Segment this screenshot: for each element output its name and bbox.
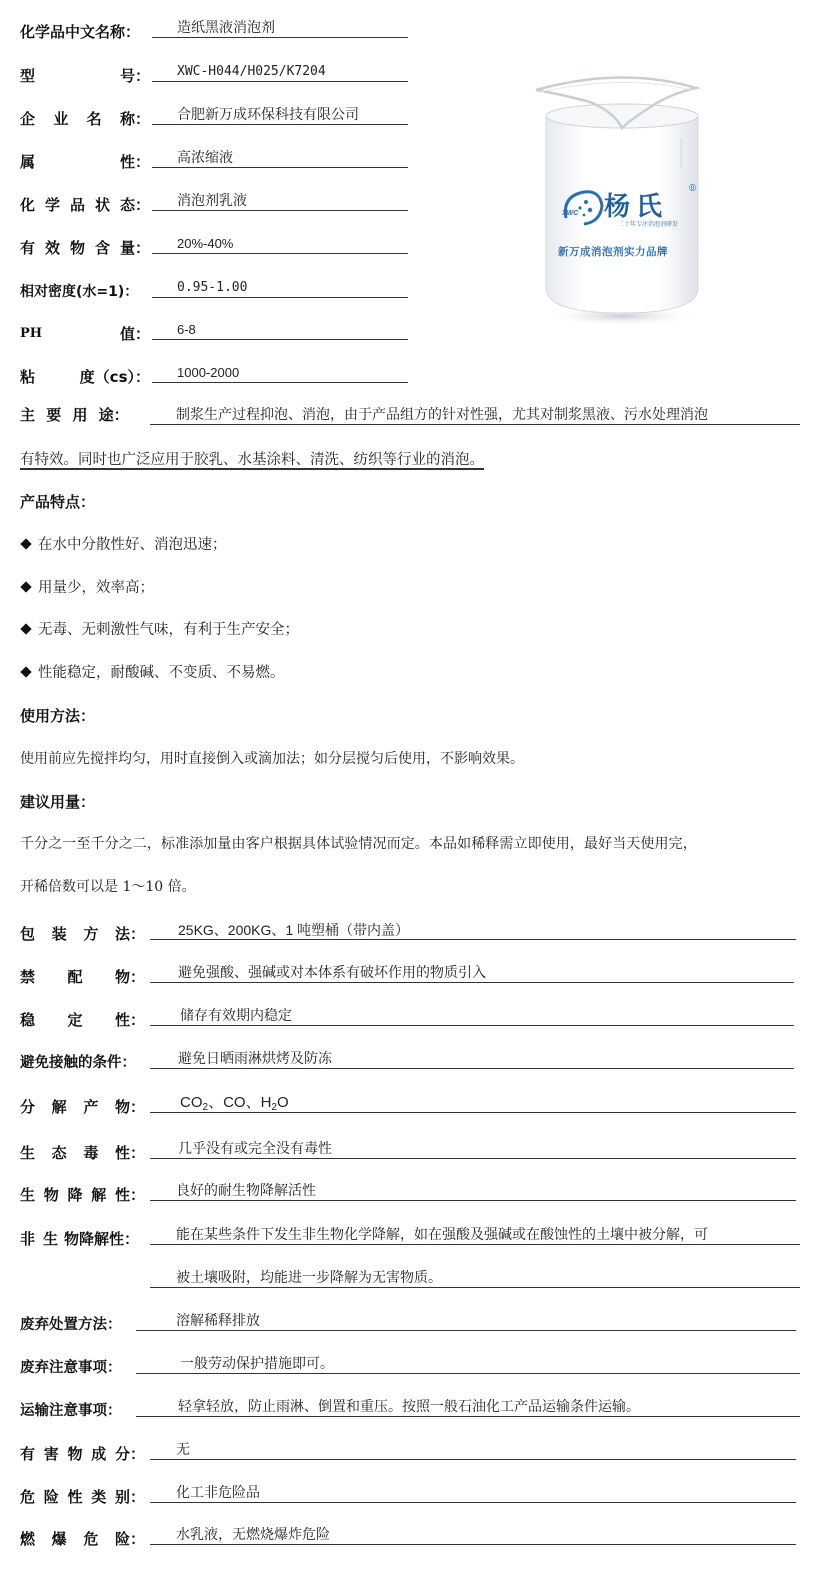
feature-item: 在水中分散性好、消泡迅速； xyxy=(20,535,227,555)
label-disposal-notes: 废弃注意事项： xyxy=(20,1358,145,1378)
label-part: 稳 xyxy=(20,1010,35,1030)
usage-text: 使用前应先搅拌均匀，用时直接倒入或滴加法；如分层搅匀后使用，不影响效果。 xyxy=(20,749,524,769)
value-company: 合肥新万成环保科技有限公司 xyxy=(152,105,408,125)
safety-row-transport-notes: 运输注意事项： xyxy=(20,1397,145,1421)
label-transport-notes: 运输注意事项： xyxy=(20,1401,145,1421)
value-main-use-line2: 有特效。同时也广泛应用于胶乳、水基涂料、清洗、纺织等行业的消泡。 xyxy=(20,450,484,470)
label-part: 型 xyxy=(20,66,35,86)
safety-row-disposal-method: 废弃处置方法： xyxy=(20,1311,145,1335)
label-part: 企 xyxy=(20,109,35,129)
value-active-content: 20%-40% xyxy=(152,234,408,254)
label-explosion-hazard: 燃爆危险： xyxy=(20,1529,145,1549)
label-part: 配 xyxy=(67,967,82,987)
usage-heading: 使用方法： xyxy=(20,706,95,726)
label-part: 性： xyxy=(115,1185,145,1205)
label-part: 态 xyxy=(52,1143,67,1163)
label-part: PH xyxy=(20,324,42,344)
label-part: 险 xyxy=(44,1487,59,1507)
label-part: 爆 xyxy=(52,1529,67,1549)
brand-tagline: 二十年专注消泡剂研发 xyxy=(618,219,678,228)
label-part: 非 xyxy=(20,1229,35,1249)
safety-row-disposal-notes: 废弃注意事项： xyxy=(20,1354,145,1378)
value-decomposition: CO2、CO、H2O xyxy=(150,1093,796,1113)
value-ecotoxicity: 几乎没有或完全没有毒性 xyxy=(150,1139,796,1159)
safety-row-ecotoxicity: 生态毒性： xyxy=(20,1139,145,1163)
label-part: 生 xyxy=(20,1143,35,1163)
formula-part: O xyxy=(277,1094,289,1111)
label-part: 物： xyxy=(115,1097,145,1117)
label-part: 物： xyxy=(115,967,145,987)
label-packaging: 包装方法： xyxy=(20,924,145,944)
label-part: 物 xyxy=(44,1185,59,1205)
safety-row-stability: 稳定性： xyxy=(20,1006,145,1030)
label-part: 性： xyxy=(115,1143,145,1163)
label-part: 包 xyxy=(20,924,35,944)
label-property: 属性： xyxy=(20,152,150,172)
value-incompatible: 避免强酸、强碱或对本体系有破坏作用的物质引入 xyxy=(150,963,794,983)
safety-row-biodegradability: 生物降解性： xyxy=(20,1181,145,1205)
label-hazardous-components: 有害物成分： xyxy=(20,1444,145,1464)
formula-part: 、CO、H xyxy=(208,1094,271,1111)
label-chinese-name: 化学品中文名称： xyxy=(20,22,150,42)
value-hazard-class: 化工非危险品 xyxy=(150,1483,796,1503)
label-part: 化 xyxy=(20,195,35,215)
label-part: 性： xyxy=(115,1010,145,1030)
diamond-bullet-icon xyxy=(20,581,31,592)
brand-arc-icon xyxy=(560,188,604,228)
label-part: 性 xyxy=(67,1487,82,1507)
value-disposal-notes: 一般劳动保护措施即可。 xyxy=(136,1354,800,1374)
label-part: 定 xyxy=(67,1010,82,1030)
label-part: 学 xyxy=(45,195,60,215)
brand-name: 杨氏 xyxy=(604,186,668,223)
safety-row-explosion-hazard: 燃爆危险： xyxy=(20,1525,145,1549)
label-part: 危 xyxy=(83,1529,98,1549)
registered-mark: ® xyxy=(688,184,697,194)
label-part: 含 xyxy=(95,238,110,258)
label-company: 企业名称： xyxy=(20,109,150,129)
label-avoid-conditions: 避免接触的条件： xyxy=(20,1053,145,1073)
label-part: 属 xyxy=(20,152,35,172)
info-row-property: 属性： xyxy=(20,148,150,172)
value-abiotic-degradation-line1: 能在某些条件下发生非生物化学降解，如在强酸及强碱或在酸蚀性的土壤中被分解，可 xyxy=(150,1225,800,1245)
label-part: 生 xyxy=(43,1229,58,1249)
label-part: 效 xyxy=(45,238,60,258)
feature-text: 在水中分散性好、消泡迅速； xyxy=(38,537,227,553)
label-density: 相对密度(水=1)： xyxy=(20,282,150,302)
value-density: 0.95-1.00 xyxy=(152,278,408,298)
label-part: 业 xyxy=(53,109,68,129)
label-part: 毒 xyxy=(83,1143,98,1163)
label-disposal-method: 废弃处置方法： xyxy=(20,1315,145,1335)
label-part: 物 xyxy=(67,1444,82,1464)
feature-item: 性能稳定，耐酸碱、不变质、不易燃。 xyxy=(20,663,285,683)
label-part: 分 xyxy=(20,1097,35,1117)
label-part: 解 xyxy=(52,1097,67,1117)
label-part: 有 xyxy=(20,238,35,258)
value-explosion-hazard: 水乳液，无燃烧爆炸危险 xyxy=(150,1525,796,1545)
value-packaging: 25KG、200KG、1 吨塑桶（带内盖） xyxy=(150,920,796,940)
safety-row-hazardous-components: 有害物成分： xyxy=(20,1440,145,1464)
label-incompatible: 禁配物： xyxy=(20,967,145,987)
label-part: 物 xyxy=(70,238,85,258)
value-ph: 6-8 xyxy=(152,320,408,340)
label-part: 性： xyxy=(120,152,150,172)
label-part: 降 xyxy=(67,1185,82,1205)
label-abiotic-degradation: 非生物降解性： xyxy=(20,1229,145,1249)
value-avoid-conditions: 避免日晒雨淋烘烤及防冻 xyxy=(150,1049,794,1069)
label-ecotoxicity: 生态毒性： xyxy=(20,1143,145,1163)
brand-logo: XWC 杨氏 ® 二十年专注消泡剂研发 xyxy=(560,186,700,246)
safety-row-decomposition: 分解产物： xyxy=(20,1093,145,1117)
label-part: 值： xyxy=(120,324,150,344)
label-part: 解 xyxy=(91,1185,106,1205)
label-part: 状 xyxy=(95,195,110,215)
value-chinese-name: 造纸黑液消泡剂 xyxy=(152,18,408,38)
product-beaker-image: XWC 杨氏 ® 二十年专注消泡剂研发 新万成消泡剂实力品牌 xyxy=(530,68,710,328)
brand-slogan: 新万成消泡剂实力品牌 xyxy=(558,244,668,259)
value-abiotic-degradation-line2: 被土壤吸附，均能进一步降解为无害物质。 xyxy=(150,1268,800,1288)
label-part: 燃 xyxy=(20,1529,35,1549)
value-model: XWC-H044/H025/K7204 xyxy=(152,62,408,82)
feature-text: 用量少，效率高； xyxy=(38,580,154,596)
label-part: 装 xyxy=(52,924,67,944)
value-disposal-method: 溶解稀释排放 xyxy=(136,1311,796,1331)
label-ph: PH值： xyxy=(20,324,150,344)
info-row-ph: PH值： xyxy=(20,320,150,344)
label-part: 名 xyxy=(87,109,102,129)
formula-part: CO xyxy=(180,1094,203,1111)
value-state: 消泡剂乳液 xyxy=(152,191,408,211)
diamond-bullet-icon xyxy=(20,623,31,634)
diamond-bullet-icon xyxy=(20,538,31,549)
label-part: 别： xyxy=(115,1487,145,1507)
feature-text: 无毒、无刺激性气味，有利于生产安全； xyxy=(38,622,299,638)
label-part: 害 xyxy=(44,1444,59,1464)
label-part: 量： xyxy=(120,238,150,258)
label-state: 化学品状态： xyxy=(20,195,150,215)
dosage-text-line2: 开稀倍数可以是 1～10 倍。 xyxy=(20,877,196,897)
feature-text: 性能稳定，耐酸碱、不变质、不易燃。 xyxy=(38,665,285,681)
label-part: 态： xyxy=(120,195,150,215)
feature-item: 无毒、无刺激性气味，有利于生产安全； xyxy=(20,620,299,640)
label-part: 号： xyxy=(120,66,150,86)
dosage-text-line1: 千分之一至千分之二，标准添加量由客户根据具体试验情况而定。本品如稀释需立即使用，… xyxy=(20,834,697,854)
label-stability: 稳定性： xyxy=(20,1010,145,1030)
brand-logo-text: XWC xyxy=(562,210,578,217)
info-row-chinese-name: 化学品中文名称： xyxy=(20,18,150,42)
label-model: 型号： xyxy=(20,66,150,86)
value-main-use-line1: 制浆生产过程抑泡、消泡，由于产品组方的针对性强，尤其对制浆黑液、污水处理消泡 xyxy=(150,405,800,425)
label-part: 粘 xyxy=(20,367,35,387)
label-part: 法： xyxy=(115,924,145,944)
label-biodegradability: 生物降解性： xyxy=(20,1185,145,1205)
label-hazard-class: 危险性类别： xyxy=(20,1487,145,1507)
label-part: 品 xyxy=(70,195,85,215)
label-part: 成 xyxy=(91,1444,106,1464)
info-row-active-content: 有效物含量： xyxy=(20,234,150,258)
features-heading: 产品特点： xyxy=(20,492,95,512)
info-row-model: 型号： xyxy=(20,62,150,86)
label-part: 危 xyxy=(20,1487,35,1507)
label-part: 产 xyxy=(83,1097,98,1117)
value-biodegradability: 良好的耐生物降解活性 xyxy=(150,1181,796,1201)
label-part: 方 xyxy=(83,924,98,944)
label-part: 度（cs）： xyxy=(80,367,150,387)
label-main-use: 主 要 用 途： xyxy=(20,405,129,425)
label-part: 分： xyxy=(115,1444,145,1464)
label-part: 禁 xyxy=(20,967,35,987)
value-property: 高浓缩液 xyxy=(152,148,408,168)
safety-row-hazard-class: 危险性类别： xyxy=(20,1483,145,1507)
label-decomposition: 分解产物： xyxy=(20,1097,145,1117)
info-row-viscosity: 粘度（cs）： xyxy=(20,363,150,387)
label-part: 类 xyxy=(91,1487,106,1507)
feature-item: 用量少，效率高； xyxy=(20,578,154,598)
label-viscosity: 粘度（cs）： xyxy=(20,367,150,387)
value-hazardous-components: 无 xyxy=(150,1440,796,1460)
dosage-heading: 建议用量： xyxy=(20,792,95,812)
label-part: 险： xyxy=(115,1529,145,1549)
safety-row-incompatible: 禁配物： xyxy=(20,963,145,987)
label-part: 称： xyxy=(120,109,150,129)
value-stability: 储存有效期内稳定 xyxy=(150,1006,794,1026)
value-transport-notes: 轻拿轻放，防止雨淋、倒置和重压。按照一般石油化工产品运输条件运输。 xyxy=(136,1397,800,1417)
label-part: 生 xyxy=(20,1185,35,1205)
safety-row-abiotic-degradation: 非生物降解性： xyxy=(20,1225,145,1249)
label-part: 有 xyxy=(20,1444,35,1464)
value-viscosity: 1000-2000 xyxy=(152,363,408,383)
diamond-bullet-icon xyxy=(20,666,31,677)
safety-row-avoid-conditions: 避免接触的条件： xyxy=(20,1049,145,1073)
label-part: 物降解性： xyxy=(64,1229,139,1249)
label-active-content: 有效物含量： xyxy=(20,238,150,258)
info-row-company: 企业名称： xyxy=(20,105,150,129)
info-row-density: 相对密度(水=1)： xyxy=(20,278,150,302)
info-row-state: 化学品状态： xyxy=(20,191,150,215)
safety-row-packaging: 包装方法： xyxy=(20,920,145,944)
